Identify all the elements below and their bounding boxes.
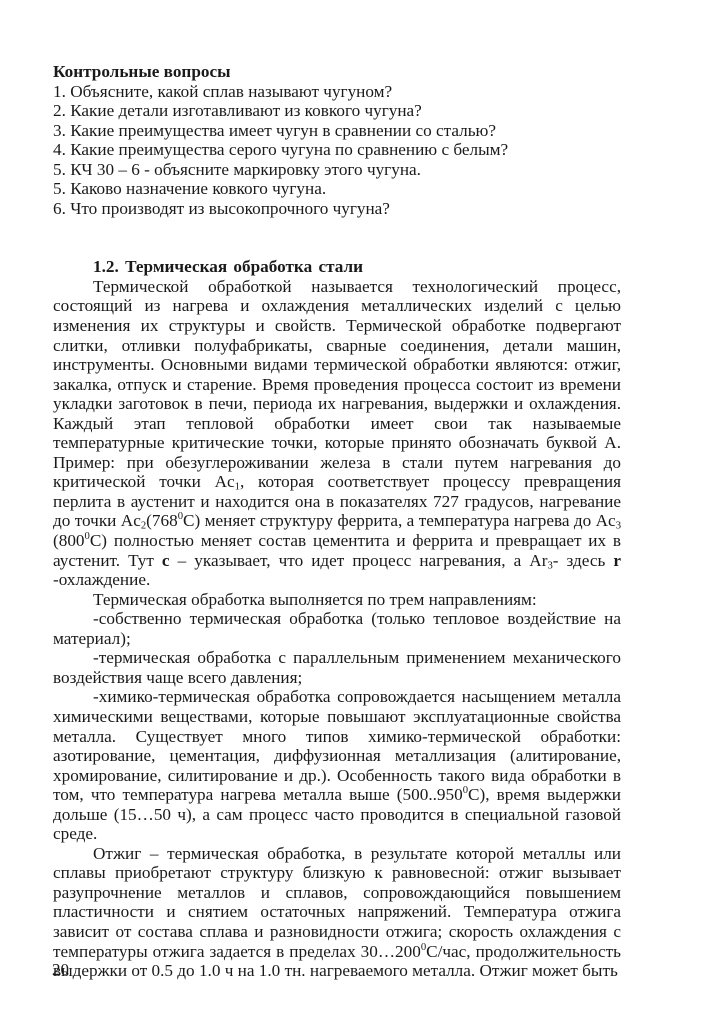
question-item: 5. Каково назначение ковкого чугуна. — [53, 179, 621, 199]
spacer — [53, 218, 621, 257]
paragraph-direction-thermal: -собственно термическая обработка (тольк… — [53, 609, 621, 648]
paragraph-direction-mechanical: -термическая обработка с параллельным пр… — [53, 648, 621, 687]
questions-heading: Контрольные вопросы — [53, 62, 621, 82]
paragraph-annealing: Отжиг – термическая обработка, в результ… — [53, 844, 621, 981]
paragraph-directions: Термическая обработка выполняется по тре… — [53, 590, 621, 610]
question-item: 4. Какие преимущества серого чугуна по с… — [53, 140, 621, 160]
paragraph-direction-chemical: -химико-термическая обработка сопровожда… — [53, 687, 621, 843]
question-item: 2. Какие детали изготавливают из ковкого… — [53, 101, 621, 121]
paragraph-definition: Термической обработкой называется технол… — [53, 277, 621, 590]
section-title: 1.2. Термическая обработка стали — [53, 257, 621, 277]
question-item: 6. Что производят из высокопрочного чугу… — [53, 199, 621, 219]
question-item: 3. Какие преимущества имеет чугун в срав… — [53, 121, 621, 141]
questions-list: 1. Объясните, какой сплав называют чугун… — [53, 82, 621, 219]
document-page: Контрольные вопросы 1. Объясните, какой … — [53, 62, 621, 981]
question-item: 5. КЧ 30 – 6 - объясните маркировку этог… — [53, 160, 621, 180]
question-item: 1. Объясните, какой сплав называют чугун… — [53, 82, 621, 102]
page-number: 20 — [52, 960, 69, 980]
